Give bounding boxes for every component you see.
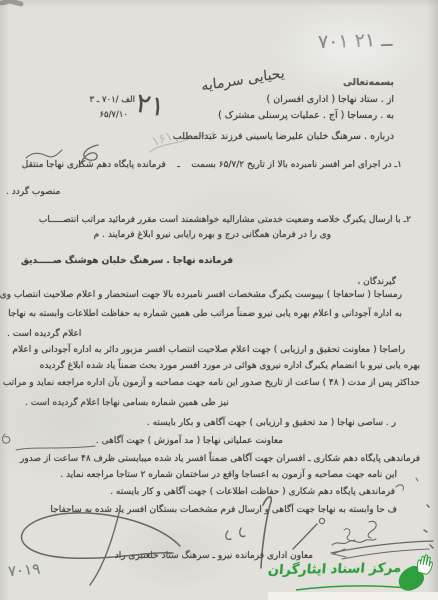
hand-icon (413, 552, 436, 581)
signature-ring (319, 518, 324, 523)
signature-loop-tail (90, 509, 120, 585)
paragraph1-line1: ۱ـ در اجرای امر افسر نامبرده بالا از تار… (22, 160, 402, 170)
margin-mark-small-2 (416, 478, 418, 481)
deputy-signature-line: معاون اداری فرمانده نیرو ـ سرهنگ ستاد خل… (115, 551, 313, 561)
ref-number-handwritten: ۷۰۱ ــ ۲۱ (317, 29, 392, 54)
recipient-line: اعلام گردیده است . (7, 329, 81, 339)
paragraph1-line2: منصوب گردد . (6, 187, 60, 197)
recipient-line: ف حا وابسته به نهاجا جهت آگاهی و ارسال ف… (50, 505, 397, 515)
signature-arrowhead (333, 549, 346, 557)
doc-number: الف /۷۰۱ ـ ۳ (89, 95, 135, 105)
recipient-line: فرماندهی پایگاه دهم شکاری ـ افسران جهت آ… (20, 454, 420, 464)
recipient-line: راصاجا ( معاونت تحقیق و ارزیابی ) جهت اع… (12, 345, 405, 355)
margin-dot-2 (430, 545, 433, 548)
recipient-line: بهره یابی نیرو با انضمام یکبرگ اداره نیر… (40, 361, 420, 371)
scanned-document-page: ۷۰۱ ــ ۲۱ یحیایی سرمایه ۲۱ ۱۶۱ ۷۰۱۹ بسمه… (0, 0, 438, 600)
subject-line: درباره . سرهنگ خلبان علیرضا یاسینی فرزند… (173, 131, 394, 142)
signature-comma-2 (240, 528, 245, 537)
signature-comma-1 (226, 531, 231, 539)
recipient-line: رمساجا ( ساحفاجا ) بپیوست یکبرگ مشخصات ا… (0, 290, 402, 300)
to-line: به . رمساجا ( آج . عملیات پرسنلی مشترک ) (218, 110, 394, 121)
doc-date: ۶۵/۷/۱۰ (99, 110, 128, 120)
margin-checkmark (3, 434, 10, 443)
recipient-line: این نامه جهت مصاحبه و آزمون به اعساجا وا… (60, 470, 397, 480)
recipient-line: ر . ساصی نهاجا ( مد تحقیق و ارزیابی ) جه… (147, 418, 396, 428)
paragraph2-line1: ۲ـ با ارسال یکبرگ خلاصه وضعیت خدمتی مشار… (39, 215, 411, 225)
scan-edge-bottom (268, 592, 438, 600)
page-number-handwritten: ۷۰۱۹ (7, 560, 41, 581)
paragraph2-line2: وی را در فرمان همگانی درج و بهره رایابی … (94, 230, 331, 240)
margin-dot-1 (424, 530, 427, 532)
watermark-text: مرکز اسناد ایثارگران (267, 561, 402, 578)
recipients-heading: گیرندگان ، (357, 277, 396, 287)
faint-stamp: ۱۶۱ (150, 129, 175, 150)
margin-dot-3 (427, 505, 429, 507)
commander-signature-line: فرمانده نهاجا . سرهنگ خلبان هوشنگ صـــــ… (21, 256, 233, 266)
recipient-line: معاونت عملیاتی نهاجا ( مد آموزش ) جهت آگ… (96, 436, 283, 446)
recipient-line: فرماندهی پایگاه دهم شکاری ( حفاظت اطلاعا… (110, 487, 395, 497)
recipient-line: حداکثر پس از مدت ( ۴۸ ) ساعت از تاریخ صد… (3, 378, 420, 388)
recipient-line: به اداره آجودانی و اعلام بهره یابی نیرو … (8, 309, 402, 319)
big-number-handwritten: ۲۱ (134, 88, 168, 124)
watermark-underline (296, 586, 409, 590)
margin-mark-lam (368, 521, 376, 538)
corner-smudge (2, 1, 21, 4)
margin-mark-small-1 (396, 485, 403, 490)
insertion-squiggle (26, 150, 62, 158)
signature-slash (293, 524, 317, 549)
handwritten-underline (16, 446, 95, 450)
handwritten-note: یحیایی سرمایه (201, 65, 285, 94)
bismillah: بسمه‌تعالی (343, 77, 394, 88)
from-line: از . ستاد نهاجا ( اداری افسران ) (267, 94, 394, 105)
signature-scrawl (332, 539, 376, 545)
recipient-line: نیز طی همین شماره بسامی نهاجا اعلام گردی… (25, 398, 229, 408)
margin-mark-bih (344, 529, 355, 541)
watermark-logo (397, 553, 435, 593)
